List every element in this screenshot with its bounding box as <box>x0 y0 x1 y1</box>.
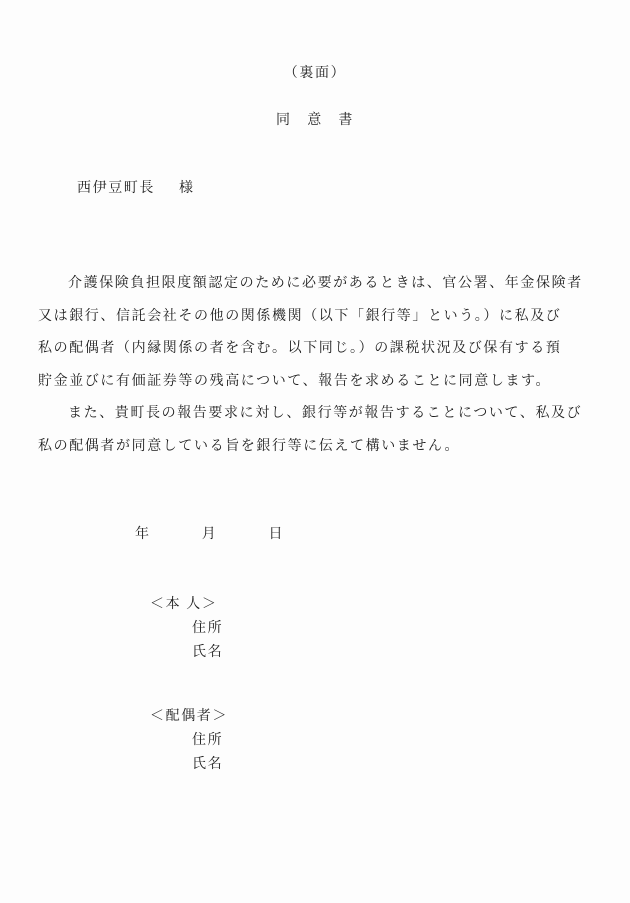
signature-spouse-name-label: 氏名 <box>150 753 228 777</box>
signature-person-name-label: 氏名 <box>150 641 223 665</box>
signature-block-person: ＜本 人＞ 住所 氏名 <box>150 593 223 665</box>
addressee-name: 西伊豆町長 <box>77 181 155 196</box>
paragraph1-line-4: 貯金並びに有価証券等の残高について、報告を求めることに同意します。 <box>38 366 583 399</box>
date-month-label: 月 <box>202 527 218 542</box>
paragraph1-line-1: 介護保険負担限度額認定のために必要があるときは、官公署、年金保険者 <box>38 268 583 301</box>
addressee-honorific: 様 <box>179 181 195 196</box>
date-year-label: 年 <box>135 527 151 542</box>
paragraph2-line-2: 私の配偶者が同意している旨を銀行等に伝えて構いません。 <box>38 431 583 464</box>
signature-spouse-address-label: 住所 <box>150 729 228 753</box>
signature-person-address-label: 住所 <box>150 617 223 641</box>
paragraph2-line-1: また、貴町長の報告要求に対し、銀行等が報告することについて、私及び <box>38 398 583 431</box>
date-day-label: 日 <box>268 527 284 542</box>
consent-body: 介護保険負担限度額認定のために必要があるときは、官公署、年金保険者 又は銀行、信… <box>38 268 583 464</box>
paragraph1-line-2: 又は銀行、信託会社その他の関係機関（以下「銀行等」という。）に私及び <box>38 301 583 334</box>
document-title: 同 意 書 <box>0 109 630 129</box>
signature-person-heading: ＜本 人＞ <box>150 593 223 617</box>
signature-spouse-heading: ＜配偶者＞ <box>150 705 228 729</box>
addressee-line: 西伊豆町長様 <box>77 177 195 197</box>
backside-label: （裏面） <box>0 62 630 82</box>
document-page: （裏面） 同 意 書 西伊豆町長様 介護保険負担限度額認定のために必要があるとき… <box>0 0 630 903</box>
signature-block-spouse: ＜配偶者＞ 住所 氏名 <box>150 705 228 777</box>
paragraph1-line-3: 私の配偶者（内縁関係の者を含む。以下同じ。）の課税状況及び保有する預 <box>38 333 583 366</box>
date-line: 年 月 日 <box>135 527 284 543</box>
